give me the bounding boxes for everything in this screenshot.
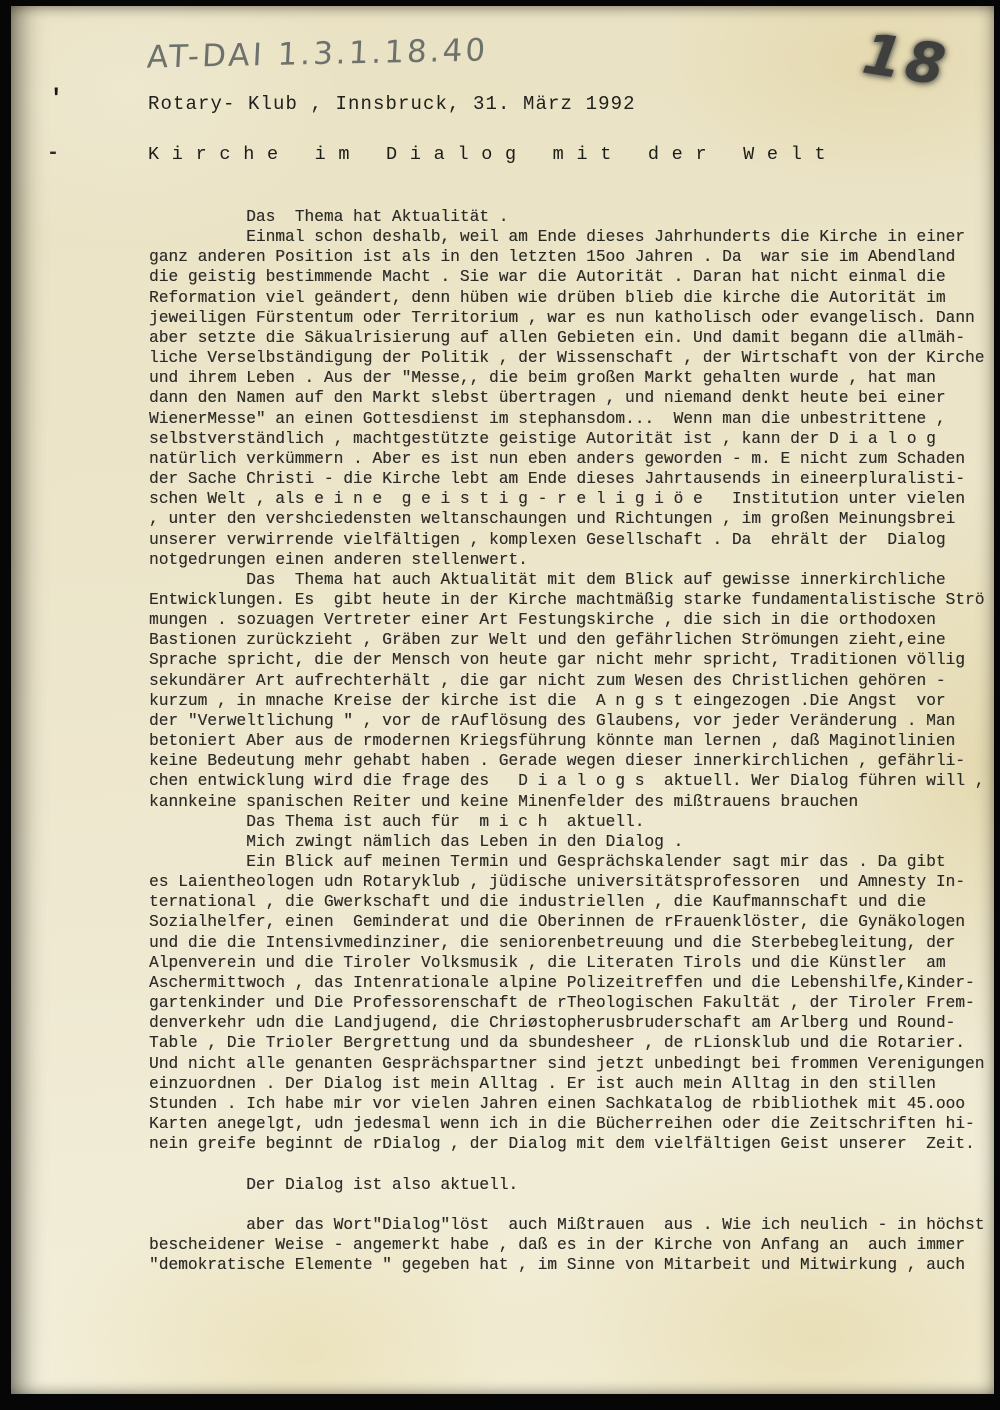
typed-line: Mich zwingt nämlich das Leben in den Dia… [149,832,1000,852]
typed-line: und ihrem Leben . Aus der "Messe,, die b… [149,368,1000,388]
typed-line: , unter den vershciedensten weltanschaun… [149,509,1000,529]
typed-line: der Sache Christi - die Kirche lebt am E… [149,469,1000,489]
typed-line: der "Verweltlichung " , vor de rAuflösun… [149,711,1000,731]
typed-line: dann den Namen auf den Markt slebst über… [149,388,1000,408]
typed-line [149,1195,1000,1215]
margin-mark: ' [49,86,63,113]
document-title: K i r c h e i m D i a l o g m i t d e r … [148,144,826,165]
margin-mark: - [47,142,59,165]
typed-line: Alpenverein und die Tiroler Volksmusik ,… [149,953,1000,973]
typed-line: aber setzte die Säkualrisierung auf alle… [149,328,1000,348]
typed-line: liche Verselbständigung der Politik , de… [149,348,1000,368]
typed-line: kurzum , in mnache Kreise der kirche ist… [149,691,1000,711]
typed-line: mungen . sozuagen Vertreter einer Art Fe… [149,610,1000,630]
typed-line: ganz anderen Position ist als in den let… [149,247,1000,267]
typed-line: sekundärer Art aufrechterhält , die gar … [149,671,1000,691]
typed-line: denverkehr udn die Landjugend, die Chriø… [149,1013,1000,1033]
typed-line: jeweiligen Fürstentum oder Territorium ,… [149,308,1000,328]
typed-line: natürlich verkümmern . Aber es ist nun e… [149,449,1000,469]
typed-line: Bastionen zurückzieht , Gräben zur Welt … [149,630,1000,650]
typed-line: Table , Die Trioler Bergrettung und da s… [149,1033,1000,1053]
typed-line: Entwicklungen. Es gibt heute in der Kirc… [149,590,1000,610]
typed-line: betoniert Aber aus de rmodernen Kriegsfü… [149,731,1000,751]
typed-line: Das Thema ist auch für m i c h aktuell. [149,812,1000,832]
typed-line: schen Welt , als e i n e g e i s t i g -… [149,489,1000,509]
typed-line: chen entwicklung wird die frage des D i … [149,771,1000,791]
typed-line: kannkeine spanischen Reiter und keine Mi… [149,792,1000,812]
typed-line: bescheidener Weise - angemerkt habe , da… [149,1235,1000,1255]
typed-line: unserer verwirrende vielfältigen , kompl… [149,530,1000,550]
scanned-document: AT-DAI 1.3.1.18.40 18 ' - Rotary- Klub ,… [0,0,1000,1410]
typed-line: WienerMesse" an einen Gottesdienst im st… [149,409,1000,429]
document-page: AT-DAI 1.3.1.18.40 18 ' - Rotary- Klub ,… [11,6,994,1394]
document-dateline: Rotary- Klub , Innsbruck, 31. März 1992 [148,93,636,115]
typed-line: notgedrungen einen anderen stellenwert. [149,550,1000,570]
typed-line: aber das Wort"Dialog"löst auch Mißtrauen… [149,1215,1000,1235]
typed-line: Sozialhelfer, einen Geminderat und die O… [149,912,1000,932]
typed-line: Das Thema hat Aktualität . [149,207,1000,227]
typed-line: keine Bedeutung mehr gehabt haben . Gera… [149,751,1000,771]
typed-line: Das Thema hat auch Aktualität mit dem Bl… [149,570,1000,590]
typed-line: Sprache spricht, die der Mensch von heut… [149,650,1000,670]
document-body: Das Thema hat Aktualität . Einmal schon … [149,207,1000,1275]
typed-line: die geistig bestimmende Macht . Sie war … [149,267,1000,287]
typed-line [149,1154,1000,1174]
typed-line: selbstverständlich , machtgestützte geis… [149,429,1000,449]
page-number-handwritten: 18 [858,22,953,100]
typed-line: Ein Blick auf meinen Termin und Gespräch… [149,852,1000,872]
typed-line: Aschermittwoch , das Intenrationale alpi… [149,973,1000,993]
typed-line: ternational , die Gwerkschaft und die in… [149,892,1000,912]
typed-line: "demokratische Elemente " gegeben hat , … [149,1255,1000,1275]
typed-line: und die die Intensivmedinziner, die seni… [149,933,1000,953]
typed-line: Stunden . Ich habe mir vor vielen Jahren… [149,1094,1000,1114]
typed-line: nein greife beginnt de rDialog , der Dia… [149,1134,1000,1154]
typed-line: einzuordnen . Der Dialog ist mein Alltag… [149,1074,1000,1094]
typed-line: Karten anegelgt, udn jedesmal wenn ich i… [149,1114,1000,1134]
typed-line: es Laientheologen udn Rotaryklub , jüdis… [149,872,1000,892]
typed-line: Und nicht alle genanten Gesprächspartner… [149,1054,1000,1074]
typed-line: Einmal schon deshalb, weil am Ende diese… [149,227,1000,247]
typed-line: Reformation viel geändert, denn hüben wi… [149,288,1000,308]
typed-line: Der Dialog ist also aktuell. [149,1175,1000,1195]
archive-reference-handwritten: AT-DAI 1.3.1.18.40 [146,32,489,75]
typed-line: gartenkinder und Die Professorenschaft d… [149,993,1000,1013]
